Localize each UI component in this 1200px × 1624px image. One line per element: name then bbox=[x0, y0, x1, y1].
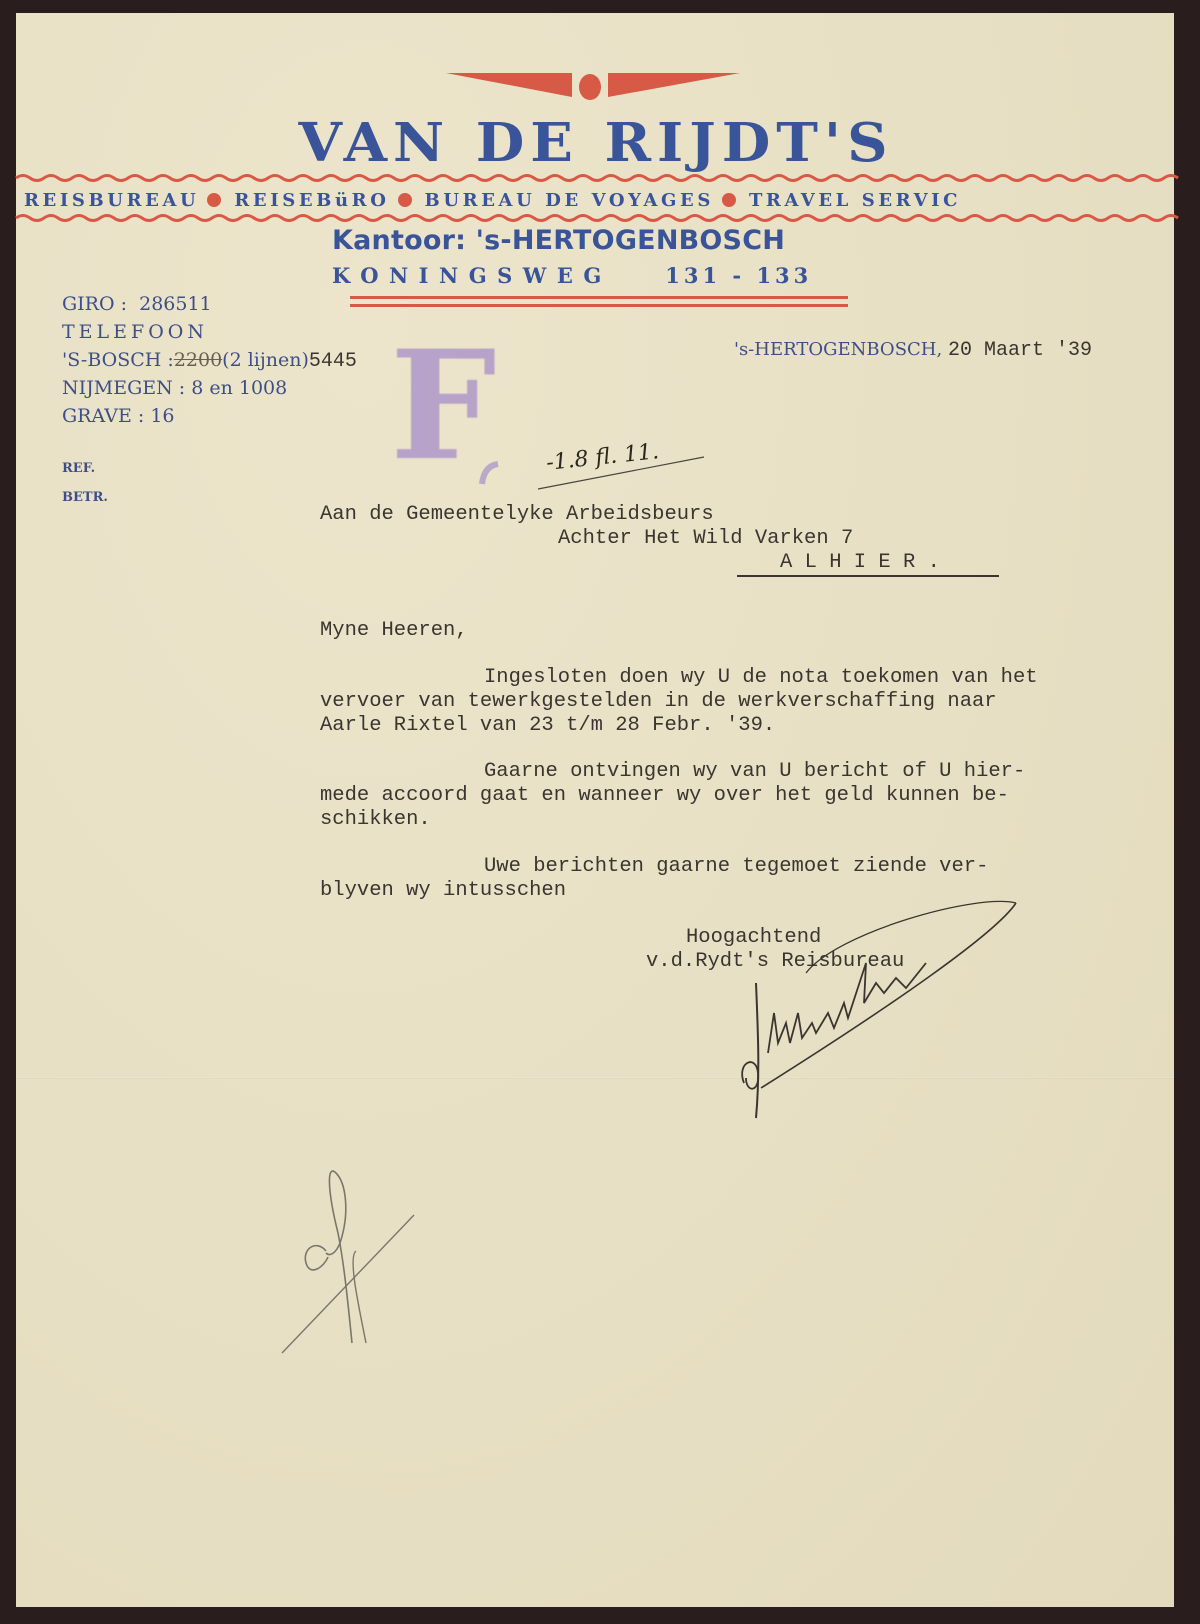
bullet-dot-icon bbox=[207, 193, 221, 207]
giro-line: GIRO : 286511 bbox=[62, 293, 212, 315]
recipient-line-3: A L H I E R . bbox=[780, 551, 940, 574]
paragraph-1-line-2: vervoer van tewerkgestelden in de werkve… bbox=[320, 690, 997, 713]
grave-label: GRAVE : bbox=[62, 405, 144, 427]
wavy-divider-top bbox=[16, 173, 1174, 183]
address-street: KONINGSWEG bbox=[332, 263, 612, 288]
handwritten-underline bbox=[536, 453, 706, 493]
services-banner: REISBUREAU REISEBüRO BUREAU DE VOYAGES T… bbox=[16, 186, 1174, 214]
grave-value: 16 bbox=[150, 405, 174, 427]
recipient-line-2: Achter Het Wild Varken 7 bbox=[558, 527, 853, 550]
service-reisbureau: REISBUREAU bbox=[24, 190, 199, 211]
sbosch-struck-value: 2200 bbox=[174, 349, 222, 371]
red-rule-2 bbox=[350, 304, 848, 307]
paragraph-1-line-3: Aarle Rixtel van 23 t/m 28 Febr. '39. bbox=[320, 714, 775, 737]
service-bureau-de-voyages: BUREAU DE VOYAGES bbox=[425, 190, 714, 211]
nijmegen-value: 8 en 1008 bbox=[191, 377, 287, 399]
date-place: 's-HERTOGENBOSCH, bbox=[734, 339, 942, 360]
signature-text: Fruhmans bbox=[756, 1023, 761, 1024]
recipient-underline bbox=[737, 575, 999, 577]
red-rule-1 bbox=[350, 296, 848, 299]
bullet-dot-icon bbox=[398, 193, 412, 207]
salutation: Myne Heeren, bbox=[320, 619, 468, 642]
pencil-mark-text: af bbox=[316, 1233, 317, 1234]
signature-icon bbox=[716, 893, 1036, 1123]
giro-value: 286511 bbox=[139, 293, 212, 315]
office-address: KONINGSWEG 131 - 133 bbox=[332, 263, 812, 288]
pencil-mark-icon bbox=[266, 1153, 426, 1353]
address-number: 131 - 133 bbox=[665, 263, 812, 288]
recipient-line-1: Aan de Gemeentelyke Arbeidsbeurs bbox=[320, 503, 714, 526]
sbosch-label: 'S-BOSCH : bbox=[62, 349, 174, 371]
paragraph-1-line-1: Ingesloten doen wy U de nota toekomen va… bbox=[484, 666, 1038, 689]
service-reiseburo: REISEBüRO bbox=[234, 190, 389, 211]
paragraph-2-line-1: Gaarne ontvingen wy van U bericht of U h… bbox=[484, 760, 1025, 783]
nijmegen-line: NIJMEGEN : 8 en 1008 bbox=[62, 377, 287, 399]
date-line: 's-HERTOGENBOSCH, 20 Maart '39 bbox=[734, 339, 1092, 362]
company-name: VAN DE RIJDT'S bbox=[216, 115, 976, 172]
wing-logo-icon bbox=[446, 73, 746, 113]
paragraph-2-line-3: schikken. bbox=[320, 808, 431, 831]
paragraph-2-line-2: mede accoord gaat en wanneer wy over het… bbox=[320, 784, 1009, 807]
date-value: 20 Maart '39 bbox=[948, 339, 1092, 362]
nijmegen-label: NIJMEGEN : bbox=[62, 377, 185, 399]
sbosch-typed-number: 5445 bbox=[309, 350, 357, 373]
letter-page: VAN DE RIJDT'S REISBUREAU REISEBüRO BURE… bbox=[16, 13, 1174, 1607]
sbosch-lines: (2 lijnen) bbox=[222, 349, 309, 371]
paragraph-3-line-1: Uwe berichten gaarne tegemoet ziende ver… bbox=[484, 855, 988, 878]
ref-label: REF. bbox=[62, 461, 95, 476]
service-travel: TRAVEL SERVIC bbox=[749, 190, 961, 211]
office-line: Kantoor: 's-HERTOGENBOSCH bbox=[332, 225, 785, 256]
wavy-divider-bottom bbox=[16, 213, 1174, 223]
grave-line: GRAVE : 16 bbox=[62, 405, 175, 427]
bullet-dot-icon bbox=[722, 193, 736, 207]
giro-label: GIRO : bbox=[62, 293, 127, 315]
paragraph-3-line-2: blyven wy intusschen bbox=[320, 879, 566, 902]
stamp-fragment-icon bbox=[478, 458, 508, 488]
sbosch-line: 'S-BOSCH :2200(2 lijnen)5445 bbox=[62, 349, 357, 373]
betr-label: BETR. bbox=[62, 490, 108, 505]
telefoon-label: TELEFOON bbox=[62, 321, 208, 343]
